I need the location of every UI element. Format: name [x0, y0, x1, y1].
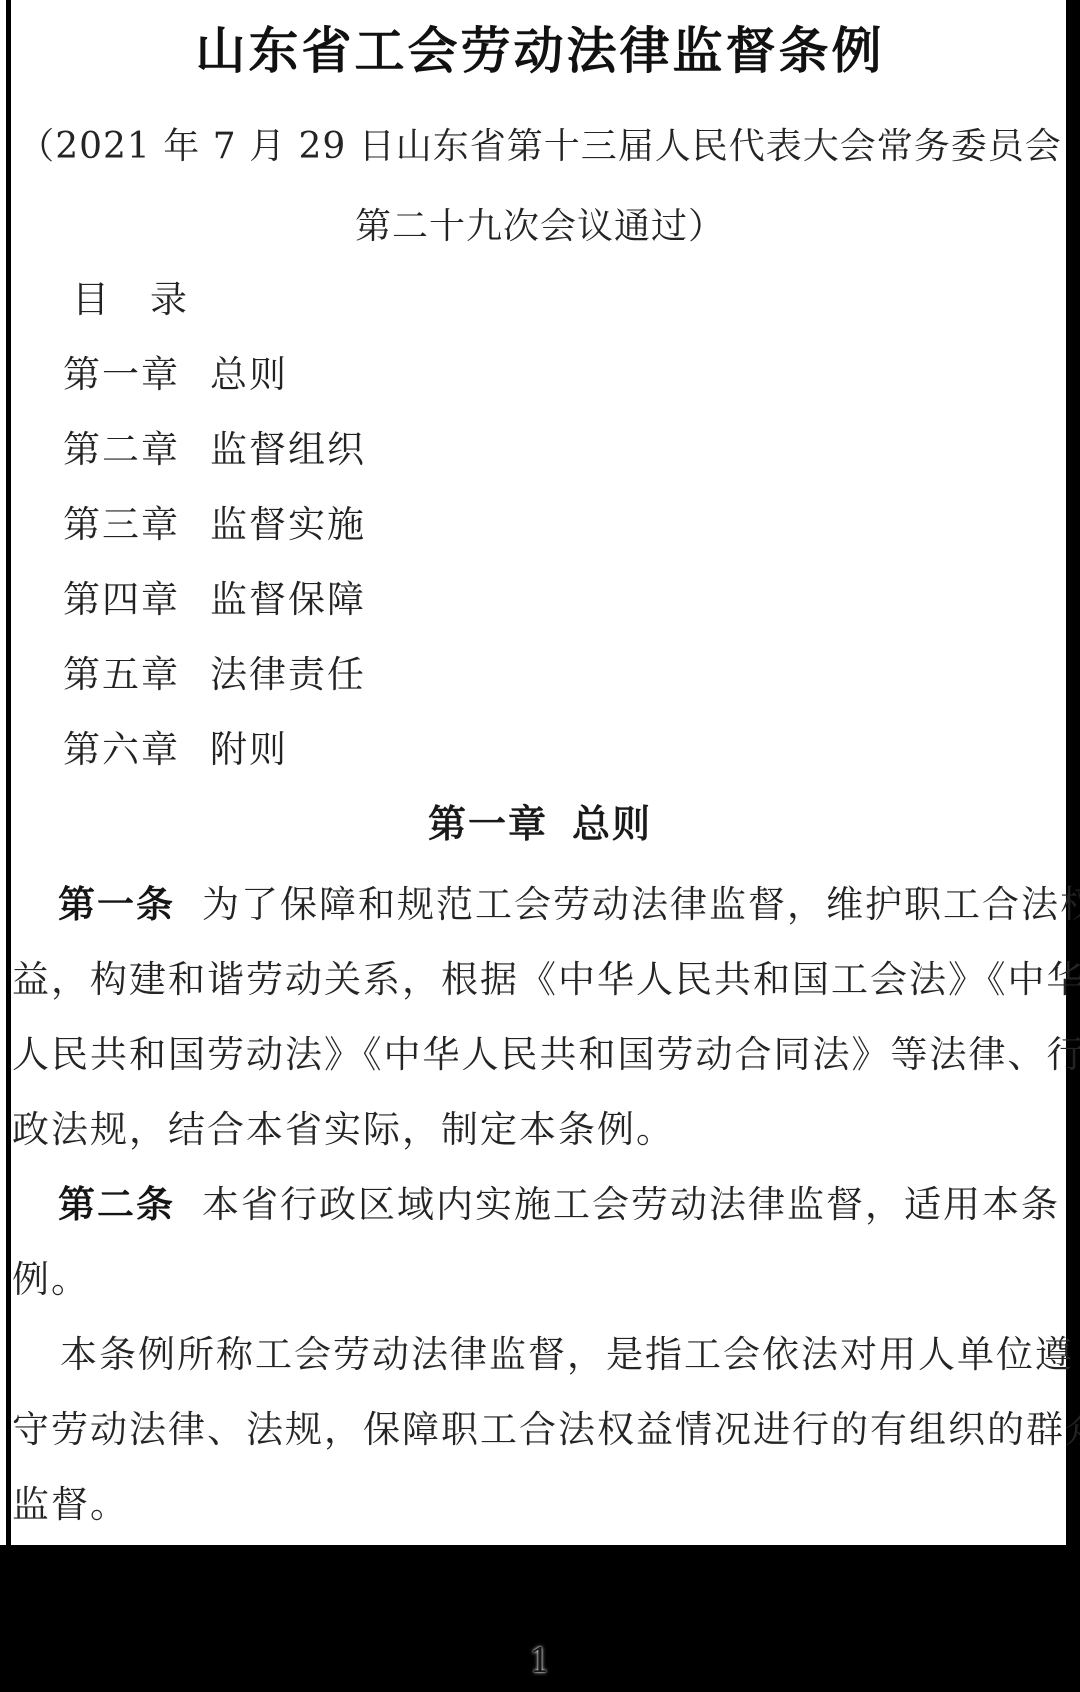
document-page: 山东省工会劳动法律监督条例 （2021 年 7 月 29 日山东省第十三届人民代… [0, 0, 1080, 1692]
toc-chapter-label: 第六章 [63, 728, 180, 771]
article-1-line-4: 政法规，结合本省实际，制定本条例。 [12, 1092, 1080, 1167]
toc-chapter-title: 法律责任 [210, 653, 366, 696]
toc-chapter-title: 附则 [210, 728, 288, 771]
toc-chapter-label: 第五章 [63, 653, 180, 696]
document-body: 第一条为了保障和规范工会劳动法律监督，维护职工合法权 益，构建和谐劳动关系，根据… [0, 867, 1080, 1542]
toc-entry-chapter-3: 第三章监督实施 [0, 487, 1080, 562]
section-chapter-label: 第一章 [428, 802, 548, 846]
toc-chapter-title: 监督保障 [210, 578, 366, 621]
article-1-line-2: 益，构建和谐劳动关系，根据《中华人民共和国工会法》《中华 [12, 942, 1080, 1017]
article-1-line-1: 第一条为了保障和规范工会劳动法律监督，维护职工合法权 [12, 867, 1080, 942]
section-chapter-title: 总则 [572, 802, 652, 846]
toc-entry-chapter-2: 第二章监督组织 [0, 412, 1080, 487]
article-2-text: 本省行政区域内实施工会劳动法律监督，适用本条 [202, 1183, 1060, 1226]
article-1-line-3: 人民共和国劳动法》《中华人民共和国劳动合同法》等法律、行 [12, 1017, 1080, 1092]
adoption-note-line-2: 第二十九次会议通过） [0, 192, 1080, 262]
article-2-label: 第二条 [58, 1183, 175, 1226]
article-1-text: 为了保障和规范工会劳动法律监督，维护职工合法权 [202, 883, 1080, 926]
toc-entry-chapter-4: 第四章监督保障 [0, 562, 1080, 637]
article-2-para-2-line-2: 守劳动法律、法规，保障职工合法权益情况进行的有组织的群众 [12, 1392, 1080, 1467]
toc-chapter-title: 监督组织 [210, 428, 366, 471]
toc-entry-chapter-1: 第一章总则 [0, 337, 1080, 412]
toc-heading: 目 录 [0, 262, 1080, 337]
toc-chapter-title: 总则 [210, 353, 288, 396]
toc-chapter-label: 第一章 [63, 353, 180, 396]
article-2-para-2-line-1: 本条例所称工会劳动法律监督，是指工会依法对用人单位遵 [12, 1317, 1080, 1392]
article-2-para-2-text: 本条例所称工会劳动法律监督，是指工会依法对用人单位遵 [60, 1333, 1074, 1376]
article-2-line-1: 第二条本省行政区域内实施工会劳动法律监督，适用本条 [12, 1167, 1080, 1242]
article-1-label: 第一条 [58, 883, 175, 926]
section-heading-chapter-1: 第一章总则 [0, 787, 1080, 862]
table-of-contents: 第一章总则 第二章监督组织 第三章监督实施 第四章监督保障 第五章法律责任 第六… [0, 337, 1080, 787]
toc-entry-chapter-5: 第五章法律责任 [0, 637, 1080, 712]
document-title: 山东省工会劳动法律监督条例 [0, 22, 1080, 80]
article-2-line-2: 例。 [12, 1242, 1080, 1317]
toc-entry-chapter-6: 第六章附则 [0, 712, 1080, 787]
toc-chapter-label: 第三章 [63, 503, 180, 546]
page-number: 1 [529, 1643, 551, 1679]
article-2-para-2-line-3: 监督。 [12, 1467, 1080, 1542]
scan-bottom-band: 1 [0, 1545, 1080, 1692]
toc-chapter-label: 第四章 [63, 578, 180, 621]
toc-chapter-label: 第二章 [63, 428, 180, 471]
adoption-note-line-1: （2021 年 7 月 29 日山东省第十三届人民代表大会常务委员会 [0, 112, 1080, 182]
toc-chapter-title: 监督实施 [210, 503, 366, 546]
